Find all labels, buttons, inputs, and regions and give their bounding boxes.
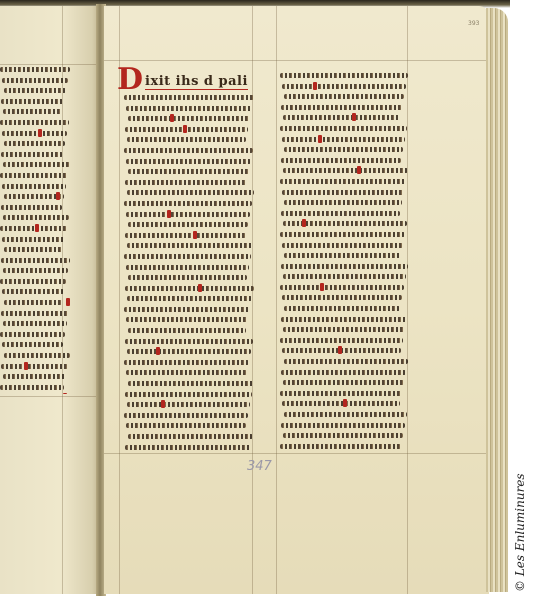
script-line: [0, 339, 70, 350]
script-line: [124, 262, 254, 273]
script-line: [280, 303, 408, 314]
script-line: [280, 356, 408, 367]
script-line: [124, 431, 254, 442]
folio-number-bottom: 347: [247, 459, 272, 474]
incipit-rubric: D ixit ihs d pali: [117, 70, 248, 90]
script-line: [280, 282, 408, 293]
script-line: [280, 197, 408, 208]
red-paragraph-mark: [24, 362, 28, 370]
red-paragraph-mark: [183, 125, 187, 133]
script-line: [124, 187, 254, 198]
script-line: [280, 451, 408, 452]
script-line: [124, 420, 254, 431]
left-text-column: [0, 64, 70, 394]
script-line: [280, 112, 408, 123]
script-line: [0, 202, 70, 213]
script-line: [280, 123, 408, 134]
script-line: [280, 430, 408, 441]
script-line: [280, 388, 408, 399]
red-paragraph-mark: [38, 129, 42, 137]
script-line: [124, 389, 254, 400]
red-paragraph-mark: [352, 113, 356, 121]
script-line: [124, 357, 254, 368]
script-line: [124, 293, 254, 304]
script-line: [124, 198, 254, 209]
script-line: [0, 350, 70, 361]
script-line: [124, 230, 254, 241]
script-line: [0, 85, 70, 96]
red-paragraph-mark: [56, 192, 60, 200]
script-line: [280, 134, 408, 145]
red-paragraph-mark: [198, 284, 202, 292]
script-line: [124, 134, 254, 145]
script-line: [124, 272, 254, 283]
script-line: [280, 420, 408, 431]
left-page: [0, 6, 100, 594]
red-initial: D: [117, 70, 143, 90]
script-line: [280, 261, 408, 272]
script-line: [124, 145, 254, 156]
red-paragraph-mark: [63, 393, 67, 394]
script-line: [0, 286, 70, 297]
script-line: [124, 378, 254, 389]
script-line: [280, 218, 408, 229]
script-line: [124, 219, 254, 230]
script-line: [124, 325, 254, 336]
script-line: [124, 177, 254, 188]
script-line: [280, 240, 408, 251]
script-line: [280, 314, 408, 325]
red-paragraph-mark: [193, 231, 197, 239]
script-line: [0, 329, 70, 340]
script-line: [124, 113, 254, 124]
script-line: [0, 255, 70, 266]
script-line: [0, 308, 70, 319]
script-line: [280, 70, 408, 81]
script-line: [280, 250, 408, 261]
red-paragraph-mark: [156, 347, 160, 355]
right-page: [104, 6, 489, 594]
script-line: [124, 283, 254, 294]
script-line: [280, 155, 408, 166]
text-column-b: [280, 70, 408, 452]
script-line: [124, 209, 254, 220]
script-line: [0, 318, 70, 329]
script-line: [124, 166, 254, 177]
script-line: [0, 149, 70, 160]
script-line: [124, 399, 254, 410]
red-paragraph-mark: [320, 283, 324, 291]
script-line: [0, 276, 70, 287]
script-line: [280, 165, 408, 176]
script-line: [124, 346, 254, 357]
red-paragraph-mark: [343, 399, 347, 407]
red-paragraph-mark: [338, 346, 342, 354]
script-line: [0, 371, 70, 382]
ruling-line: [104, 60, 489, 61]
red-paragraph-mark: [318, 135, 322, 143]
script-line: [0, 170, 70, 181]
script-line: [124, 304, 254, 315]
page-edges: [486, 8, 508, 592]
script-line: [124, 367, 254, 378]
script-line: [124, 124, 254, 135]
script-line: [0, 106, 70, 117]
script-line: [280, 91, 408, 102]
copyright-credit: © Les Enluminures: [513, 473, 527, 592]
script-line: [0, 244, 70, 255]
script-line: [280, 441, 408, 452]
folio-number-top: 393: [468, 20, 479, 27]
script-line: [0, 392, 70, 394]
script-line: [124, 442, 254, 452]
script-line: [124, 240, 254, 251]
manuscript-photo: D ixit ihs d pali 393 347 © Les Enluminu…: [0, 0, 535, 600]
script-line: [0, 138, 70, 149]
script-line: [0, 297, 70, 308]
script-line: [280, 345, 408, 356]
script-line: [124, 103, 254, 114]
red-paragraph-mark: [302, 219, 306, 227]
incipit-text: ixit ihs d pali: [145, 74, 248, 90]
script-line: [280, 144, 408, 155]
script-line: [0, 181, 70, 192]
script-line: [124, 156, 254, 167]
script-line: [280, 176, 408, 187]
script-line: [0, 159, 70, 170]
script-line: [280, 208, 408, 219]
script-line: [0, 234, 70, 245]
text-column-a: [124, 92, 254, 452]
script-line: [124, 251, 254, 262]
script-line: [280, 409, 408, 420]
script-line: [0, 361, 70, 372]
script-line: [280, 102, 408, 113]
script-line: [0, 128, 70, 139]
ruling-line: [104, 453, 489, 454]
red-paragraph-mark: [167, 210, 171, 218]
script-line: [0, 96, 70, 107]
script-line: [0, 75, 70, 86]
red-paragraph-mark: [35, 224, 39, 232]
script-line: [280, 229, 408, 240]
red-paragraph-mark: [313, 82, 317, 90]
script-line: [280, 81, 408, 92]
red-paragraph-mark: [161, 400, 165, 408]
script-line: [124, 314, 254, 325]
script-line: [280, 187, 408, 198]
script-line: [280, 324, 408, 335]
script-line: [0, 191, 70, 202]
script-line: [124, 410, 254, 421]
script-line: [0, 64, 70, 75]
red-paragraph-mark: [170, 114, 174, 122]
script-line: [0, 212, 70, 223]
script-line: [0, 117, 70, 128]
script-line: [124, 336, 254, 347]
script-line: [280, 377, 408, 388]
script-line: [280, 271, 408, 282]
script-line: [280, 335, 408, 346]
ruling-line: [0, 396, 100, 397]
script-line: [280, 398, 408, 409]
red-paragraph-mark: [357, 166, 361, 174]
script-line: [280, 292, 408, 303]
script-line: [0, 265, 70, 276]
script-line: [280, 367, 408, 378]
script-line: [0, 382, 70, 393]
script-line: [124, 92, 254, 103]
ruling-line: [276, 6, 277, 594]
script-line: [0, 223, 70, 234]
red-paragraph-mark: [66, 298, 70, 306]
